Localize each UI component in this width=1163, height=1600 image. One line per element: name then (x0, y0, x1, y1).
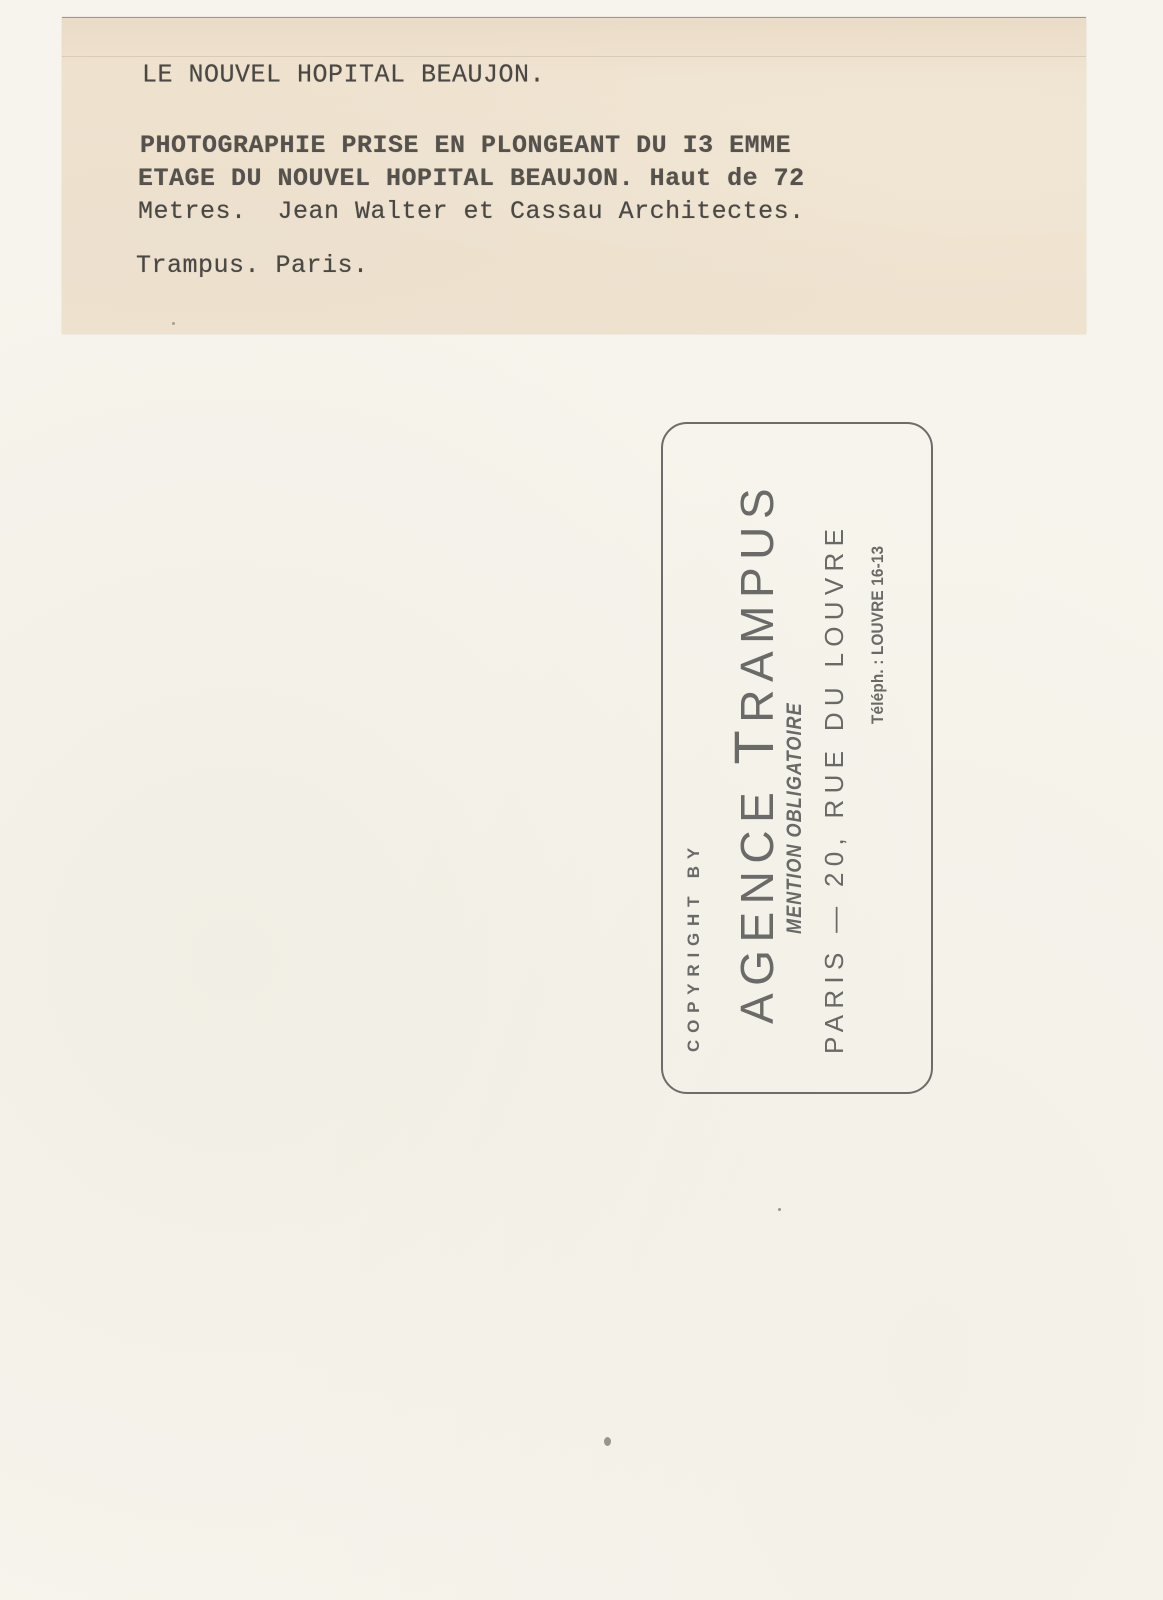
stamp-agency-rest: RAMPUS (731, 481, 783, 723)
caption-line-1: PHOTOGRAPHIE PRISE EN PLONGEANT DU I3 EM… (140, 133, 791, 158)
caption-line-2: ETAGE DU NOUVEL HOPITAL BEAUJON. Haut de… (138, 166, 805, 191)
stamp-copyright-line: COPYRIGHT BY (685, 841, 702, 1052)
paper-speck (604, 1437, 611, 1446)
paper-speck (172, 322, 175, 325)
stamp-agency-name: AGENCE TRAMPUS (726, 481, 782, 1024)
caption-title: LE NOUVEL HOPITAL BEAUJON. (142, 61, 545, 87)
stamp-agency-initial: T (722, 723, 785, 765)
label-crease (62, 56, 1086, 57)
caption-label: LE NOUVEL HOPITAL BEAUJON. PHOTOGRAPHIE … (62, 17, 1086, 334)
caption-credit: Trampus. Paris. (136, 253, 369, 278)
stamp-phone-line: Téléph. : LOUVRE 16-13 (869, 546, 886, 724)
copyright-stamp: COPYRIGHT BY AGENCE TRAMPUS MENTION OBLI… (661, 422, 933, 1094)
stamp-mention-line: MENTION OBLIGATOIRE (784, 702, 805, 934)
paper-speck (778, 1208, 781, 1211)
stamp-agency-word: AGENCE (731, 764, 783, 1024)
caption-line-3: Metres. Jean Walter et Cassau Architecte… (138, 199, 805, 224)
stamp-address-line: PARIS — 20, RUE DU LOUVRE (821, 523, 847, 1054)
